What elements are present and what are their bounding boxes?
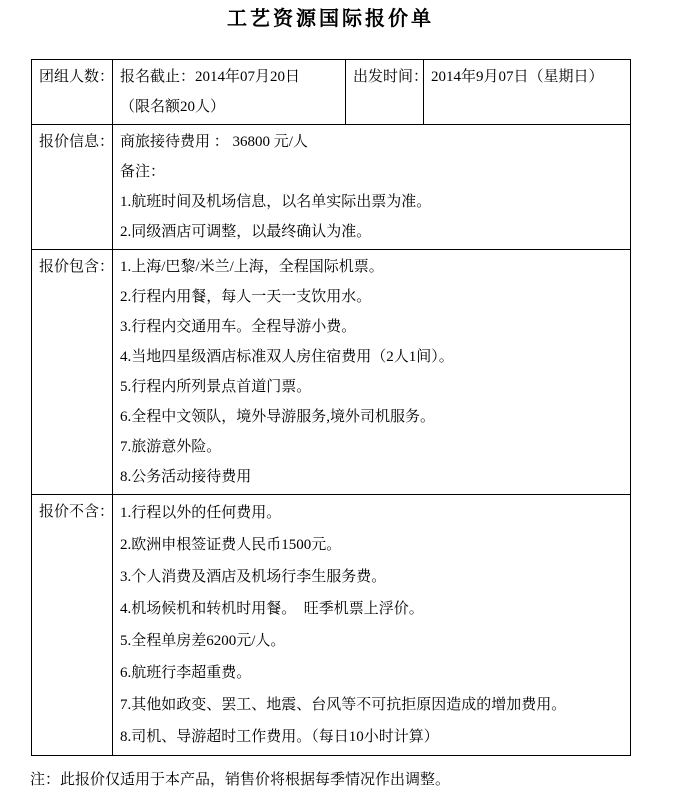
signup-deadline-cell: 报名截止：2014年07月20日 （限名额20人） [113,60,346,125]
list-item: 3.个人消费及酒店及机场行李生服务费。 [120,561,626,593]
list-item: 2.行程内用餐，每人一天一支饮用水。 [120,282,626,312]
list-item: 8.公务活动接待费用 [120,462,626,492]
departure-time-label: 出发时间： [346,60,424,125]
quote-excludes-cell: 1.行程以外的任何费用。 2.欧洲申根签证费人民币1500元。 3.个人消费及酒… [113,495,631,756]
quote-excludes-label: 报价不含： [32,495,113,756]
page-title: 工艺资源国际报价单 [31,0,630,31]
list-item: 6.航班行李超重费。 [120,657,626,689]
quotation-table: 团组人数： 报名截止：2014年07月20日 （限名额20人） 出发时间： 20… [31,59,631,756]
list-item: 1.航班时间及机场信息，以名单实际出票为准。 [120,187,626,217]
quote-info-cell: 商旅接待费用 ： 36800 元/人 备注： 1.航班时间及机场信息，以名单实际… [113,125,631,250]
list-item: 1.行程以外的任何费用。 [120,497,626,529]
list-item: 6.全程中文领队，境外导游服务,境外司机服务。 [120,402,626,432]
signup-deadline-line2: （限名额20人） [120,92,341,122]
group-size-label: 团组人数： [32,60,113,125]
list-item: 5.行程内所列景点首道门票。 [120,372,626,402]
list-item: 5.全程单房差6200元/人。 [120,625,626,657]
list-item: 4.当地四星级酒店标准双人房住宿费用（2人1间）。 [120,342,626,372]
quote-includes-label: 报价包含： [32,250,113,495]
list-item: 1.上海/巴黎/米兰/上海，全程国际机票。 [120,252,626,282]
list-item: 2.同级酒店可调整，以最终确认为准。 [120,217,626,247]
departure-time-value: 2014年9月07日（星期日） [424,60,631,125]
table-row-group-size: 团组人数： 报名截止：2014年07月20日 （限名额20人） 出发时间： 20… [32,60,631,125]
list-item: 备注： [120,157,626,187]
list-item: 7.其他如政变、罢工、地震、台风等不可抗拒原因造成的增加费用。 [120,689,626,721]
table-row-quote-includes: 报价包含： 1.上海/巴黎/米兰/上海，全程国际机票。 2.行程内用餐，每人一天… [32,250,631,495]
quote-includes-cell: 1.上海/巴黎/米兰/上海，全程国际机票。 2.行程内用餐，每人一天一支饮用水。… [113,250,631,495]
list-item: 商旅接待费用 ： 36800 元/人 [120,127,626,157]
table-row-quote-excludes: 报价不含： 1.行程以外的任何费用。 2.欧洲申根签证费人民币1500元。 3.… [32,495,631,756]
list-item: 3.行程内交通用车。全程导游小费。 [120,312,626,342]
list-item: 7.旅游意外险。 [120,432,626,462]
footer-note: 注：此报价仅适用于本产品，销售价将根据每季情况作出调整。 [30,770,693,790]
table-row-quote-info: 报价信息： 商旅接待费用 ： 36800 元/人 备注： 1.航班时间及机场信息… [32,125,631,250]
list-item: 8.司机、导游超时工作费用。（每日10小时计算） [120,721,626,753]
list-item: 2.欧洲申根签证费人民币1500元。 [120,529,626,561]
signup-deadline-line1: 报名截止：2014年07月20日 [120,62,341,92]
quote-info-label: 报价信息： [32,125,113,250]
list-item: 4.机场候机和转机时用餐。 旺季机票上浮价。 [120,593,626,625]
